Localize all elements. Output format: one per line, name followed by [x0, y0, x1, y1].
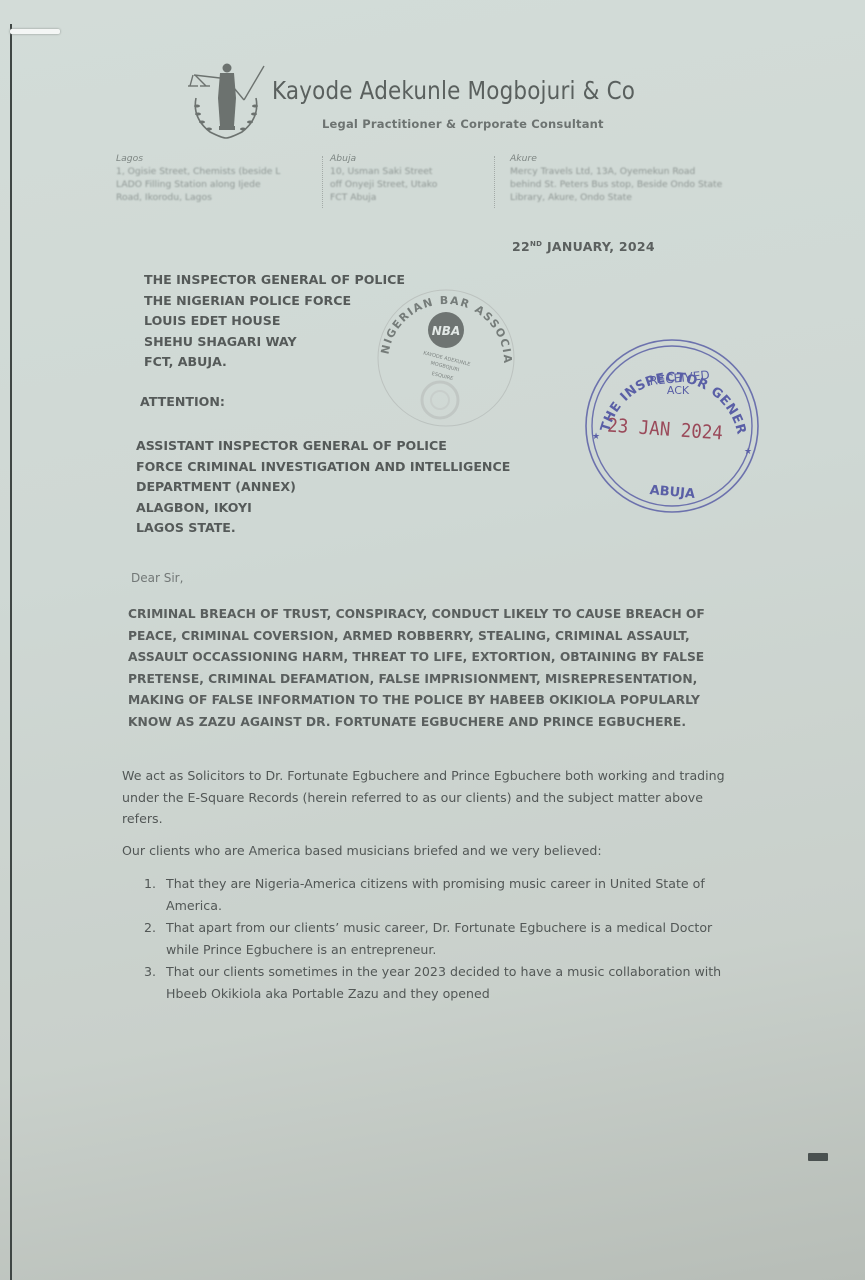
attention-line: DEPARTMENT (ANNEX) — [136, 477, 510, 498]
list-item: 2. That apart from our clients’ music ca… — [144, 917, 724, 960]
attention-label: ATTENTION: — [140, 394, 225, 409]
list-number: 1. — [144, 873, 156, 895]
attention-line: LAGOS STATE. — [136, 518, 510, 539]
date-suffix: ND — [530, 240, 542, 248]
firm-name: Kayode Adekunle Mogbojuri & Co — [272, 76, 635, 105]
list-text: That apart from our clients’ music caree… — [166, 920, 712, 957]
office-address-line: LADO Filling Station along Ijede — [116, 178, 280, 191]
igp-received-stamp: THE INSPECTOR GENERAL OF POLICE ★ ★ RECE… — [580, 336, 765, 516]
office-address-line: Library, Akure, Ondo State — [510, 191, 722, 204]
nba-badge: NBA — [432, 324, 460, 338]
list-number: 2. — [144, 917, 156, 939]
office-city: Abuja — [330, 152, 437, 165]
stamp-location: ABUJA — [649, 483, 696, 502]
ack-label: ACK — [667, 384, 690, 397]
letter-date: 22ND JANUARY, 2024 — [512, 239, 655, 254]
paper-left-edge — [10, 24, 12, 1280]
office-lagos: Lagos 1, Ogisie Street, Chemists (beside… — [116, 152, 280, 204]
attention-line: ASSISTANT INSPECTOR GENERAL OF POLICE — [136, 436, 510, 457]
scan-mark — [808, 1153, 828, 1161]
letterhead: Kayode Adekunle Mogbojuri & Co Legal Pra… — [182, 58, 682, 148]
office-abuja: Abuja 10, Usman Saki Street off Onyeji S… — [330, 152, 437, 204]
body-paragraph: Our clients who are America based musici… — [122, 840, 742, 862]
office-address-line: FCT Abuja — [330, 191, 437, 204]
subject-heading: CRIMINAL BREACH OF TRUST, CONSPIRACY, CO… — [128, 604, 738, 733]
list-item: 1. That they are Nigeria-America citizen… — [144, 873, 724, 916]
star-icon: ★ — [592, 432, 600, 442]
address-divider — [322, 156, 324, 208]
office-address-line: off Onyeji Street, Utako — [330, 178, 437, 191]
paper-edge-highlight — [10, 29, 60, 34]
date-rest: JANUARY, 2024 — [547, 239, 655, 254]
list-text: That our clients sometimes in the year 2… — [166, 964, 721, 1001]
lady-justice-scales-icon — [182, 58, 270, 140]
office-address-line: 10, Usman Saki Street — [330, 165, 437, 178]
address-divider — [494, 156, 496, 208]
body-paragraph: We act as Solicitors to Dr. Fortunate Eg… — [122, 765, 742, 830]
office-addresses: Lagos 1, Ogisie Street, Chemists (beside… — [116, 152, 796, 216]
office-address-line: 1, Ogisie Street, Chemists (beside L — [116, 165, 280, 178]
office-address-line: behind St. Peters Bus stop, Beside Ondo … — [510, 178, 722, 191]
salutation: Dear Sir, — [131, 571, 183, 585]
list-item: 3. That our clients sometimes in the yea… — [144, 961, 724, 1004]
firm-tagline: Legal Practitioner & Corporate Consultan… — [322, 117, 604, 131]
nba-name-line: ESQUIRE — [431, 371, 454, 382]
numbered-list: 1. That they are Nigeria-America citizen… — [144, 873, 724, 1005]
attention-line: FORCE CRIMINAL INVESTIGATION AND INTELLI… — [136, 457, 510, 478]
attention-address: ASSISTANT INSPECTOR GENERAL OF POLICE FO… — [136, 436, 510, 539]
received-date: 23 JAN 2024 — [607, 415, 724, 445]
attention-line: ALAGBON, IKOYI — [136, 498, 510, 519]
list-text: That they are Nigeria-America citizens w… — [166, 876, 705, 913]
star-icon: ★ — [744, 447, 752, 457]
list-number: 3. — [144, 961, 156, 983]
date-day: 22 — [512, 239, 530, 254]
office-address-line: Mercy Travels Ltd, 13A, Oyemekun Road — [510, 165, 722, 178]
office-akure: Akure Mercy Travels Ltd, 13A, Oyemekun R… — [510, 152, 722, 204]
office-city: Akure — [510, 152, 722, 165]
office-address-line: Road, Ikorodu, Lagos — [116, 191, 280, 204]
office-city: Lagos — [116, 152, 280, 165]
nba-seal-stamp: NIGERIAN BAR ASSOCIATION NBA KAYODE ADEK… — [366, 282, 526, 432]
